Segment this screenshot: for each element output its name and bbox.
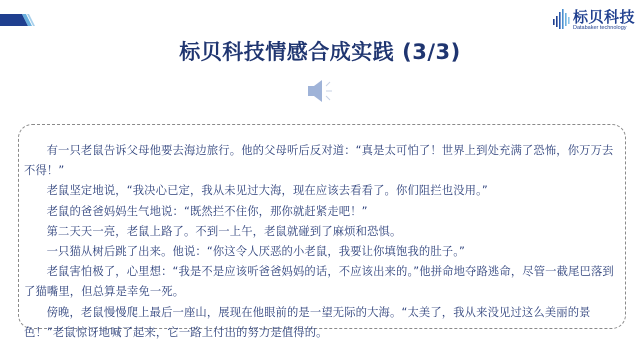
logo-name: 标贝科技 xyxy=(573,6,635,27)
story-paragraph: 老鼠的爸爸妈妈生气地说：“既然拦不住你，那你就赶紧走吧！” xyxy=(24,202,618,222)
sound-wave-icon xyxy=(553,9,571,31)
story-paragraph: 老鼠害怕极了，心里想：“我是不是应该听爸爸妈妈的话，不应该出来的。”他拼命地夺路… xyxy=(24,262,618,302)
logo-subtitle: Databaker technology xyxy=(573,25,627,31)
company-logo: 标贝科技 Databaker technology xyxy=(553,4,637,38)
slide: 标贝科技 Databaker technology 标贝科技情感合成实践 (3/… xyxy=(0,0,640,360)
story-paragraph: 老鼠坚定地说，“我决心已定，我从未见过大海，现在应该去看看了。你们阻拦也没用。” xyxy=(24,181,618,201)
story-paragraph: 傍晚，老鼠慢慢爬上最后一座山，展现在他眼前的是一望无际的大海。“太美了，我从来没… xyxy=(24,303,618,343)
speaker-icon[interactable] xyxy=(305,78,335,104)
page-title: 标贝科技情感合成实践 (3/3) xyxy=(0,36,640,66)
story-text: 有一只老鼠告诉父母他要去海边旅行。他的父母听后反对道：“真是太可怕了！世界上到处… xyxy=(24,141,618,343)
story-paragraph: 第二天天一亮，老鼠上路了。不到一上午，老鼠就碰到了麻烦和恐惧。 xyxy=(24,222,618,242)
story-paragraph: 一只猫从树后跳了出来。他说：“你这令人厌恶的小老鼠，我要让你填饱我的肚子。” xyxy=(24,242,618,262)
accent-bars-decoration xyxy=(0,14,36,26)
story-paragraph: 有一只老鼠告诉父母他要去海边旅行。他的父母听后反对道：“真是太可怕了！世界上到处… xyxy=(24,141,618,181)
